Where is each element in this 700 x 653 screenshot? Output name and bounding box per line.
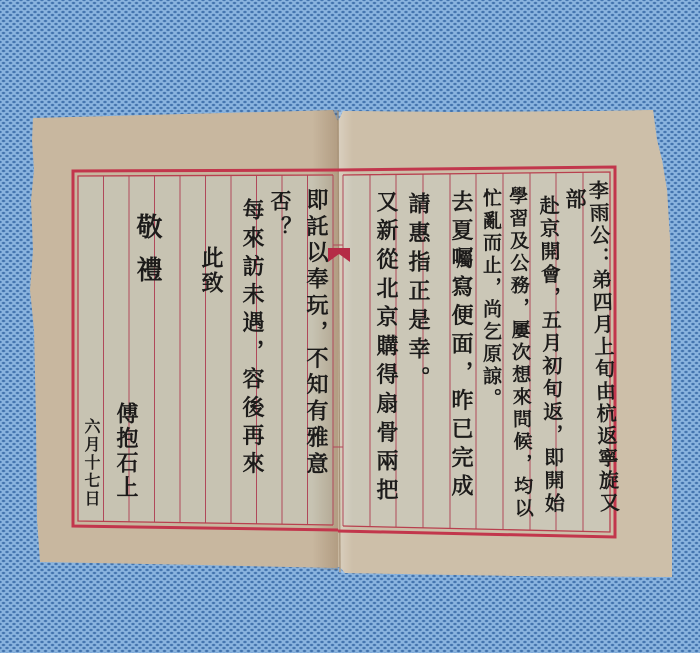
letter-column: 否？ <box>270 190 291 242</box>
letter-column: 部 <box>565 188 586 209</box>
letter-column: 忙亂而止，尚乞原諒。 <box>481 188 500 410</box>
signature: 傅抱石上 <box>115 402 137 500</box>
closing-ci-zhi: 此致 <box>200 246 222 296</box>
letter-column: 赴京開會，五月初旬返，即開始 <box>538 195 564 516</box>
photo-scene: 李雨公：弟四月上旬由杭返寧旋又 部 赴京開會，五月初旬返，即開始 學習及公務，屢… <box>0 0 700 653</box>
letter-column: 每來訪未遇，容後再來 <box>241 198 263 480</box>
letter-column: 又新從北京購得扇骨兩把 <box>375 190 397 507</box>
fold-highlight-right <box>339 110 353 573</box>
letter-column: 學習及公務，屢次想來問候，均以 <box>507 186 532 521</box>
letter-column: 請惠指正是幸。 <box>407 192 429 395</box>
letter-date: 六月十七日 <box>83 418 99 508</box>
closing-jing-li: 敬禮 <box>134 213 160 299</box>
letter-column: 去夏囑寫便面，昨已完成 <box>450 190 472 502</box>
letter-column: 即託以奉玩，不知有雅意 <box>305 188 327 478</box>
